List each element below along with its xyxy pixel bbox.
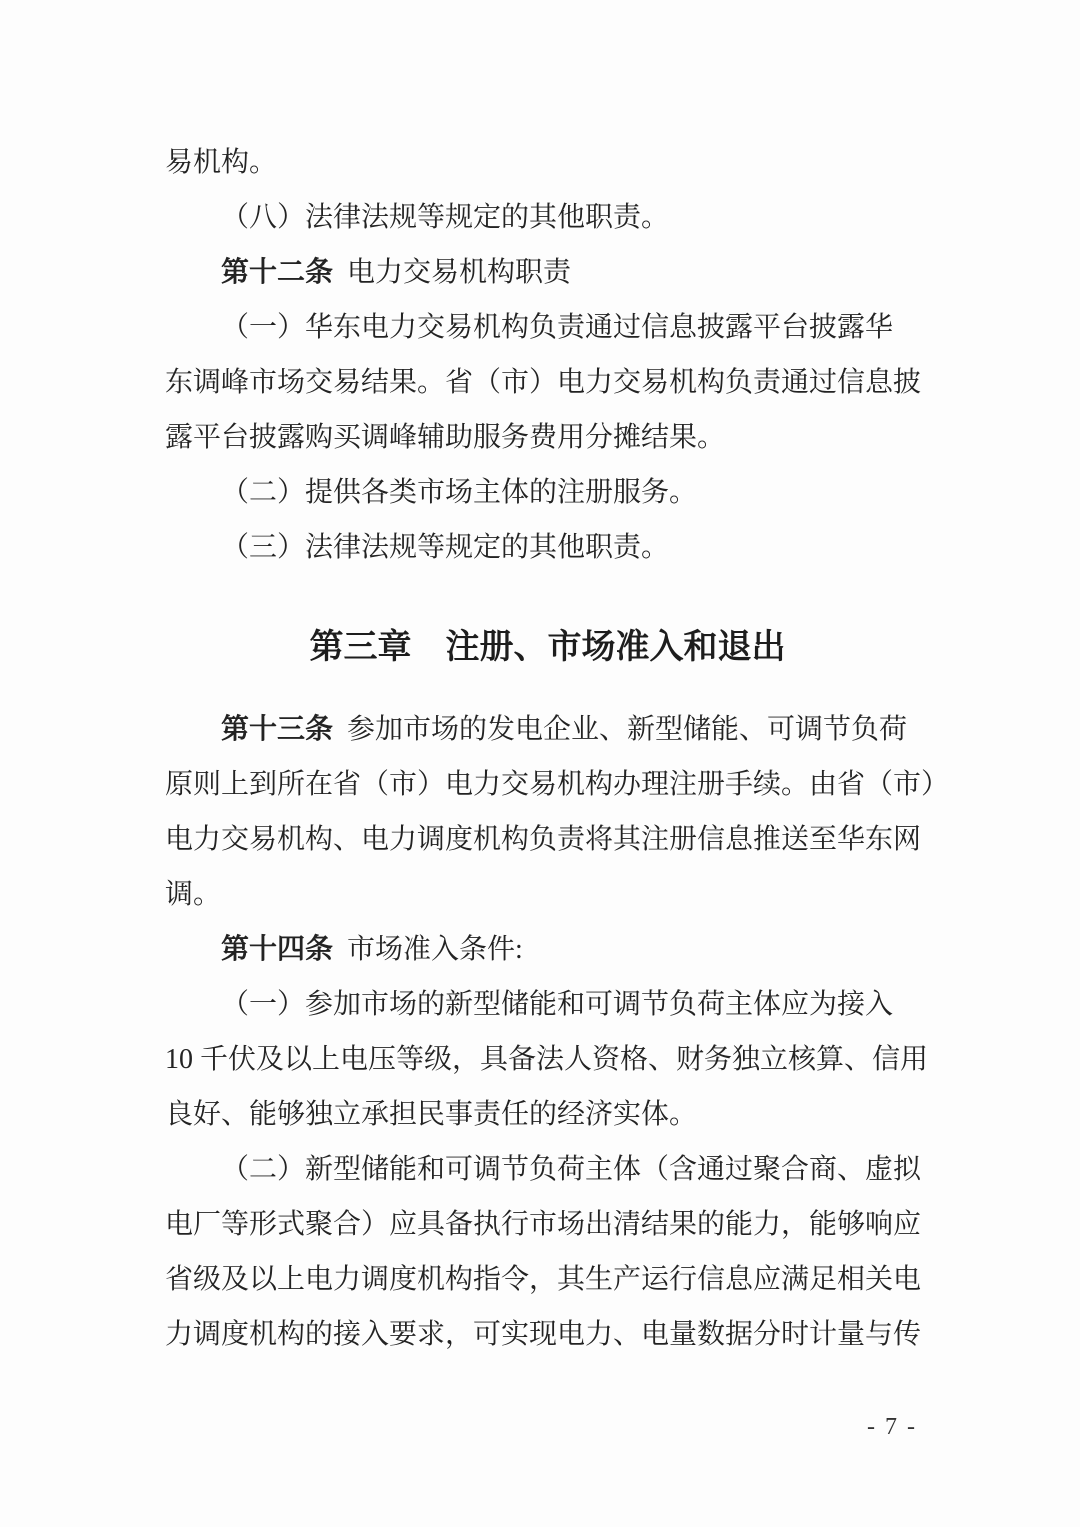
text-line: （二）新型储能和可调节负荷主体（含通过聚合商、虚拟 [165,1142,930,1197]
text-line: 原则上到所在省（市）电力交易机构办理注册手续。由省（市） [165,757,930,812]
text-segment: 东调峰市场交易结果。省（市）电力交易机构负责通过信息披 [165,367,921,398]
text-segment: （二）新型储能和可调节负荷主体（含通过聚合商、虚拟 [221,1154,921,1185]
text-line: 第十三条参加市场的发电企业、新型储能、可调节负荷 [165,702,930,757]
text-segment: 良好、能够独立承担民事责任的经济实体。 [165,1099,697,1130]
text-segment: 电力交易机构职责 [347,257,571,288]
text-segment: 10 千伏及以上电压等级，具备法人资格、财务独立核算、信用 [165,1044,928,1075]
text-segment: 参加市场的发电企业、新型储能、可调节负荷 [347,714,907,745]
text-line: 易机构。 [165,135,930,190]
bold-term: 第三章 注册、市场准入和退出 [310,628,786,666]
text-segment: 露平台披露购买调峰辅助服务费用分摊结果。 [165,422,725,453]
text-line: （三）法律法规等规定的其他职责。 [165,520,930,575]
chapter-heading: 第三章 注册、市场准入和退出 [165,612,930,682]
text-segment: 电厂等形式聚合）应具备执行市场出清结果的能力，能够响应 [165,1209,921,1240]
text-segment: 省级及以上电力调度机构指令，其生产运行信息应满足相关电 [165,1264,921,1295]
text-segment: 易机构。 [165,147,277,178]
page-number: - 7 - [867,1412,917,1442]
text-line: （八）法律法规等规定的其他职责。 [165,190,930,245]
text-segment: （三）法律法规等规定的其他职责。 [221,532,669,563]
text-line: 第十二条电力交易机构职责 [165,245,930,300]
text-segment: （一）华东电力交易机构负责通过信息披露平台披露华 [221,312,893,343]
document-page: 易机构。（八）法律法规等规定的其他职责。第十二条电力交易机构职责（一）华东电力交… [0,0,1080,1527]
bold-term: 第十二条 [221,257,333,288]
text-segment: 力调度机构的接入要求，可实现电力、电量数据分时计量与传 [165,1319,921,1350]
bold-term: 第十三条 [221,714,333,745]
text-line: 良好、能够独立承担民事责任的经济实体。 [165,1087,930,1142]
text-line: 10 千伏及以上电压等级，具备法人资格、财务独立核算、信用 [165,1032,930,1087]
text-segment: 市场准入条件: [347,934,523,965]
text-line: 电厂等形式聚合）应具备执行市场出清结果的能力，能够响应 [165,1197,930,1252]
text-segment: 电力交易机构、电力调度机构负责将其注册信息推送至华东网 [165,824,921,855]
text-segment: （一）参加市场的新型储能和可调节负荷主体应为接入 [221,989,893,1020]
text-line: （一）参加市场的新型储能和可调节负荷主体应为接入 [165,977,930,1032]
text-line: 电力交易机构、电力调度机构负责将其注册信息推送至华东网 [165,812,930,867]
text-line: 东调峰市场交易结果。省（市）电力交易机构负责通过信息披 [165,355,930,410]
text-line: 露平台披露购买调峰辅助服务费用分摊结果。 [165,410,930,465]
document-lines: 易机构。（八）法律法规等规定的其他职责。第十二条电力交易机构职责（一）华东电力交… [165,135,930,1362]
bold-term: 第十四条 [221,934,333,965]
text-segment: 原则上到所在省（市）电力交易机构办理注册手续。由省（市） [165,769,949,800]
text-segment: 调。 [165,879,221,910]
text-line: 省级及以上电力调度机构指令，其生产运行信息应满足相关电 [165,1252,930,1307]
text-segment: （八）法律法规等规定的其他职责。 [221,202,669,233]
text-line: 调。 [165,867,930,922]
text-line: （一）华东电力交易机构负责通过信息披露平台披露华 [165,300,930,355]
text-segment: （二）提供各类市场主体的注册服务。 [221,477,697,508]
text-line: （二）提供各类市场主体的注册服务。 [165,465,930,520]
text-line: 第十四条市场准入条件: [165,922,930,977]
text-line: 力调度机构的接入要求，可实现电力、电量数据分时计量与传 [165,1307,930,1362]
